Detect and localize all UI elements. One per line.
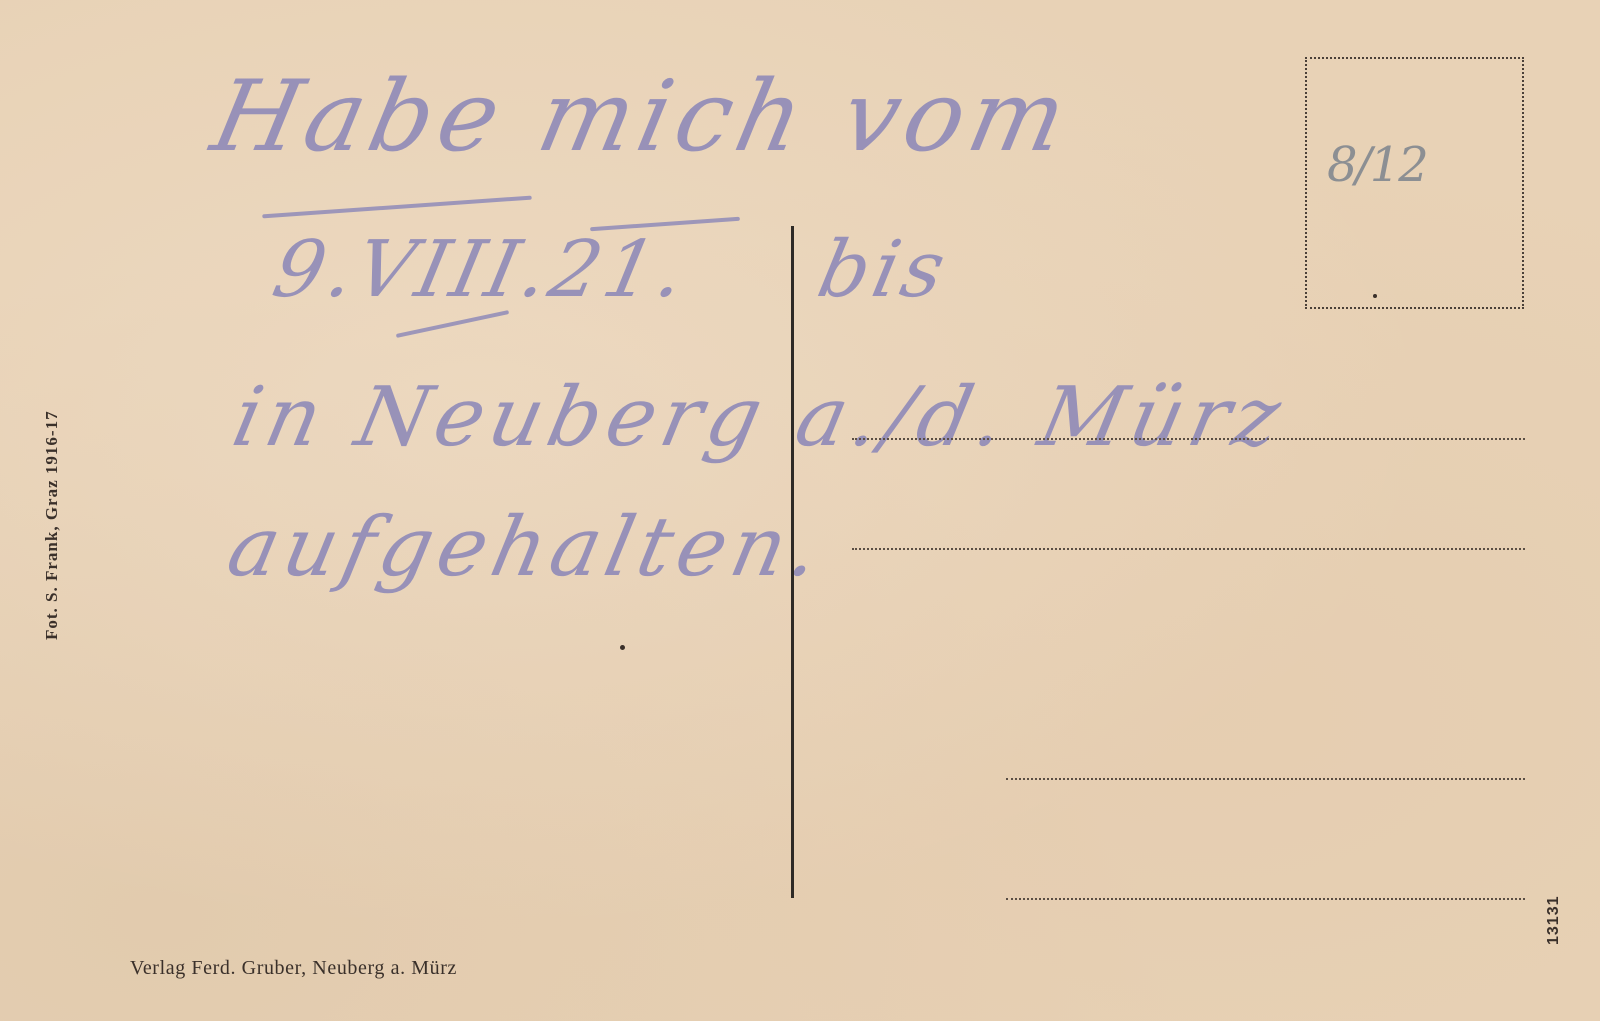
postcard-back: Fot. S. Frank, Graz 1916-17 Habe mich vo… xyxy=(0,0,1600,1021)
address-line-3 xyxy=(1006,778,1525,780)
handwriting-line-2-right: bis xyxy=(810,225,956,315)
handwriting-underline-1 xyxy=(262,196,532,219)
handwriting-line-4: aufgehalten. xyxy=(220,500,834,595)
paper-speck xyxy=(1373,294,1377,298)
stamp-box: 8/12 xyxy=(1305,57,1524,309)
publisher-imprint: Verlag Ferd. Gruber, Neuberg a. Mürz xyxy=(130,957,457,980)
address-line-1 xyxy=(852,438,1525,440)
handwriting-line-1: Habe mich vom xyxy=(203,60,1082,174)
photo-credit: Fot. S. Frank, Graz 1916-17 xyxy=(42,410,62,640)
address-line-2 xyxy=(852,548,1525,550)
handwriting-line-2: 9.VIII.21. xyxy=(265,225,696,315)
address-line-4 xyxy=(1006,898,1525,900)
stamp-pencil-note: 8/12 xyxy=(1327,137,1427,193)
center-divider-line xyxy=(791,226,794,898)
handwriting-line-3: in Neuberg a./d. Mürz xyxy=(225,370,1295,465)
serial-number: 13131 xyxy=(1545,896,1563,946)
paper-speck xyxy=(620,645,625,650)
